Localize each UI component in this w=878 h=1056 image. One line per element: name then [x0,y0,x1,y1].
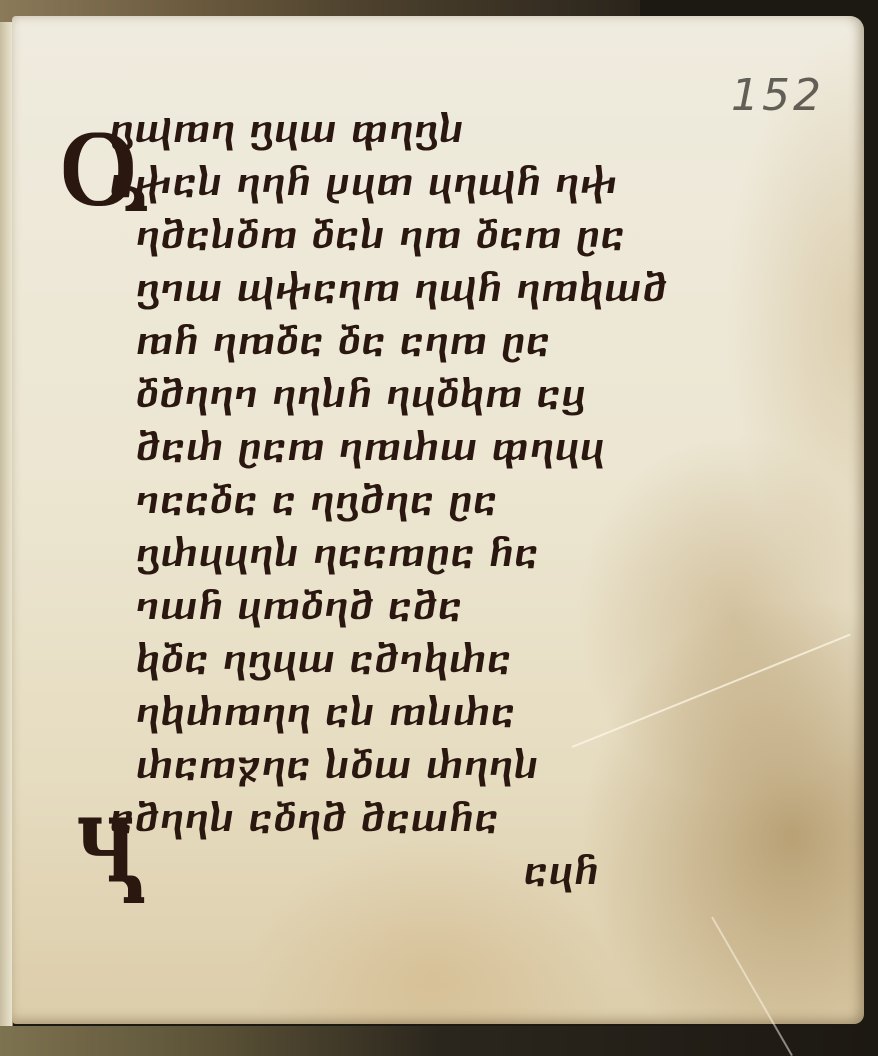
book-binding-bottom [0,1026,878,1056]
text-line: ⴂⴈⴍ ⴓⴕⴀⴄⴊ ⴄⴓⴌ ⴄⴊⴉⴍⴋ [54,263,654,316]
text-line: ⴄⴉⴐⴊⴄⴄ ⴀⴑ ⴊⴑⴐⴀ [54,687,654,740]
folio-number: 152 [731,70,824,121]
text-line: ⴋⴀⴐ ⴚⴀⴊ ⴄⴊⴐⴍ ⴔⴄⴗⴗ [54,422,654,475]
manuscript-page: 152 Ⴓ Ⴁ ⴂⴓⴊⴄ ⴂⴗⴍ ⴔⴄⴂⴑ ⴀⴕⴀⴑ ⴄⴄⴌ ⴞⴗⴇ ⴗⴄⴓⴌ … [12,16,864,1024]
decorated-initial: Ⴓ [58,134,151,220]
text-line: ⴊⴌ ⴄⴊⴃⴀ ⴃⴀ ⴀⴄⴊ ⴚⴀ [54,316,654,369]
text-line: ⴉⴃⴀ ⴄⴂⴗⴍ ⴀⴋⴈⴉⴐⴀ [54,634,654,687]
decorated-initial: Ⴁ [74,804,147,934]
text-line: ⴈⴍⴌ ⴗⴊⴃⴄⴋ ⴀⴋⴀ [54,581,654,634]
text-line: ⴐⴀⴊⴟⴄⴀ ⴑⴃⴍ ⴐⴄⴄⴑ [54,740,654,793]
text-line: ⴂⴐⴗⴗⴄⴑ ⴄⴀⴀⴊⴚⴀ ⴌⴀ [54,528,654,581]
text-line: ⴃⴋⴄⴄⴈ ⴄⴄⴑⴌ ⴄⴗⴃⴉⴊ ⴀⴁ [54,369,654,422]
text-line: ⴈⴀⴀⴃⴀ ⴀ ⴄⴂⴋⴄⴀ ⴚⴀ [54,475,654,528]
text-block: Ⴓ Ⴁ ⴂⴓⴊⴄ ⴂⴗⴍ ⴔⴄⴂⴑ ⴀⴕⴀⴑ ⴄⴄⴌ ⴞⴗⴇ ⴗⴄⴓⴌ ⴄⴕ ⴄ… [54,104,654,899]
